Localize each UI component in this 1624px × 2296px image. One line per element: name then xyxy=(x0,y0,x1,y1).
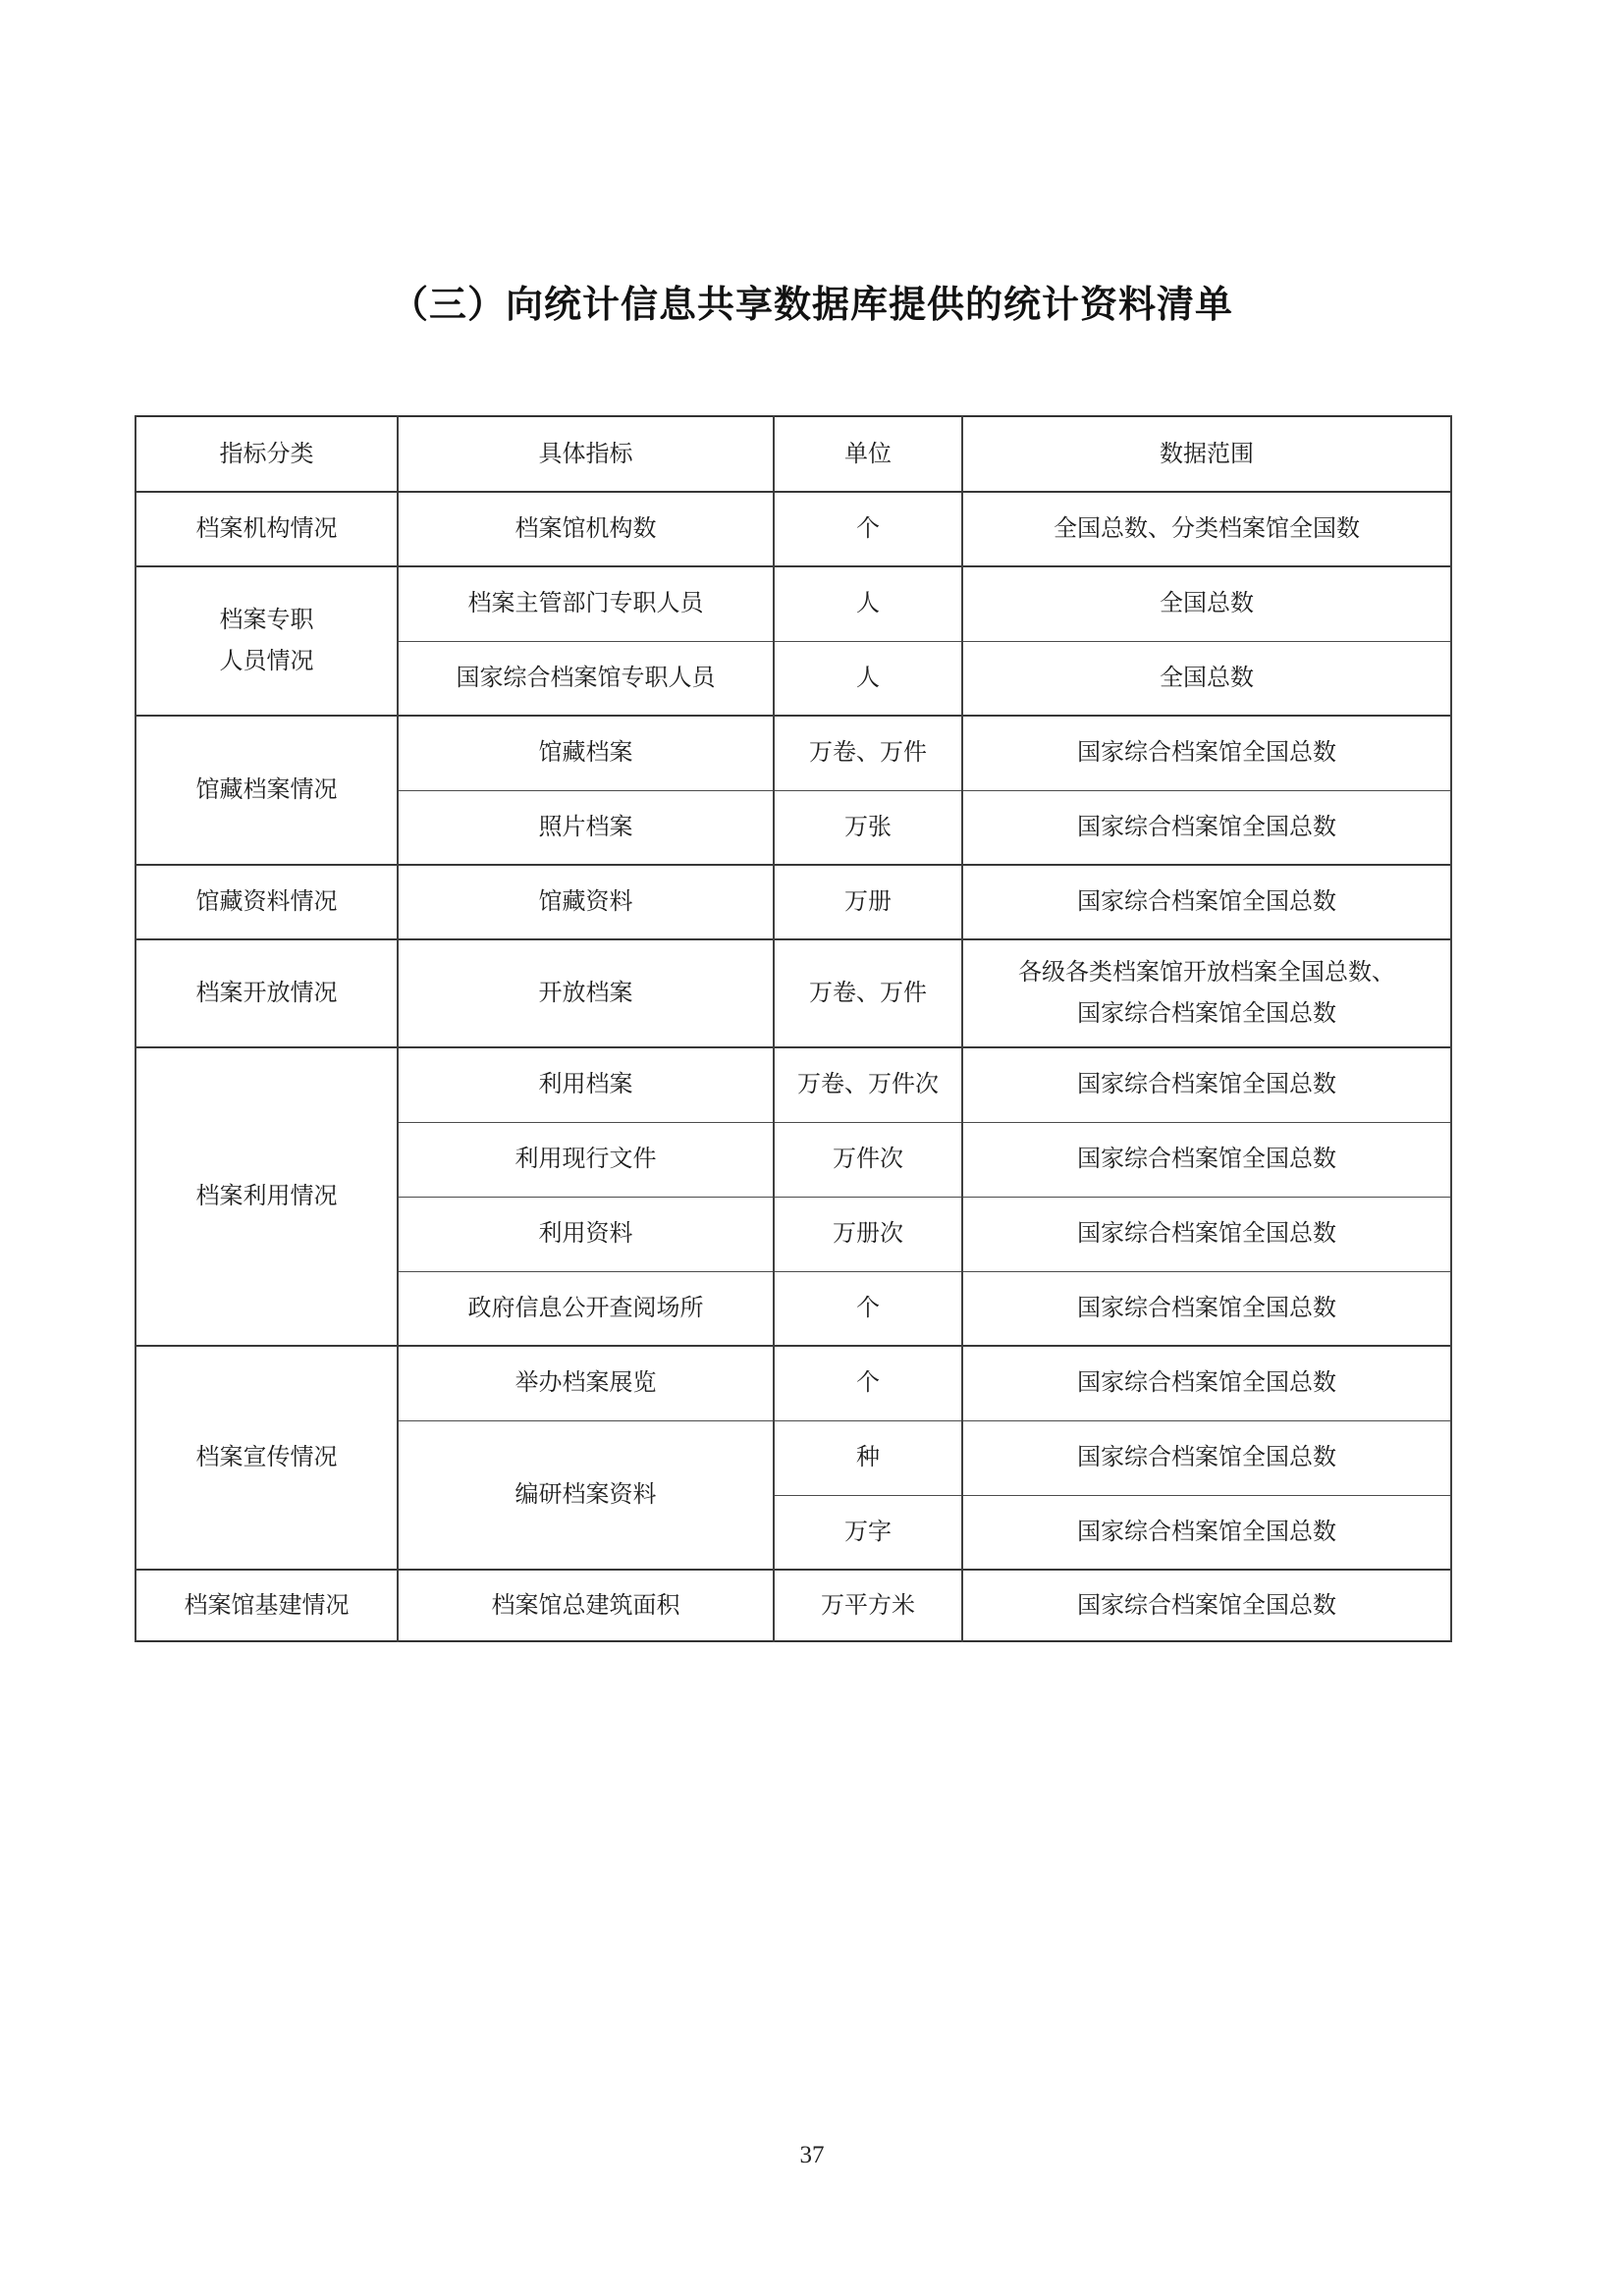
indicator-cell: 开放档案 xyxy=(398,939,774,1047)
scope-cell: 国家综合档案馆全国总数 xyxy=(962,1047,1451,1122)
scope-cell: 国家综合档案馆全国总数 xyxy=(962,716,1451,790)
table-header-row: 指标分类 具体指标 单位 数据范围 xyxy=(135,416,1451,492)
indicator-cell: 馆藏资料 xyxy=(398,865,774,939)
indicator-cell: 档案主管部门专职人员 xyxy=(398,566,774,641)
unit-cell: 人 xyxy=(774,566,962,641)
indicator-cell: 编研档案资料 xyxy=(398,1420,774,1570)
unit-cell: 万卷、万件 xyxy=(774,716,962,790)
col-header-category: 指标分类 xyxy=(135,416,398,492)
table-row: 档案利用情况 利用档案 万卷、万件次 国家综合档案馆全国总数 xyxy=(135,1047,1451,1122)
category-cell: 馆藏档案情况 xyxy=(135,716,398,865)
scope-cell: 国家综合档案馆全国总数 xyxy=(962,1420,1451,1495)
unit-cell: 种 xyxy=(774,1420,962,1495)
category-cell: 档案开放情况 xyxy=(135,939,398,1047)
category-cell: 档案馆基建情况 xyxy=(135,1570,398,1641)
unit-cell: 万卷、万件 xyxy=(774,939,962,1047)
category-cell: 档案宣传情况 xyxy=(135,1346,398,1570)
page-content: 指标分类 具体指标 单位 数据范围 档案机构情况 档案馆机构数 个 全国总数、分… xyxy=(135,415,1450,1642)
indicator-cell: 利用现行文件 xyxy=(398,1122,774,1197)
indicator-cell: 国家综合档案馆专职人员 xyxy=(398,641,774,716)
category-cell: 馆藏资料情况 xyxy=(135,865,398,939)
scope-cell: 全国总数、分类档案馆全国数 xyxy=(962,492,1451,566)
col-header-unit: 单位 xyxy=(774,416,962,492)
col-header-indicator: 具体指标 xyxy=(398,416,774,492)
table-row: 档案宣传情况 举办档案展览 个 国家综合档案馆全国总数 xyxy=(135,1346,1451,1420)
category-cell: 档案利用情况 xyxy=(135,1047,398,1346)
unit-cell: 万字 xyxy=(774,1495,962,1570)
category-cell: 档案机构情况 xyxy=(135,492,398,566)
unit-cell: 万平方米 xyxy=(774,1570,962,1641)
unit-cell: 人 xyxy=(774,641,962,716)
table-row: 档案馆基建情况 档案馆总建筑面积 万平方米 国家综合档案馆全国总数 xyxy=(135,1570,1451,1641)
scope-cell: 国家综合档案馆全国总数 xyxy=(962,1495,1451,1570)
indicator-cell: 利用资料 xyxy=(398,1197,774,1271)
unit-cell: 个 xyxy=(774,1346,962,1420)
scope-cell: 全国总数 xyxy=(962,566,1451,641)
unit-cell: 个 xyxy=(774,492,962,566)
scope-cell: 国家综合档案馆全国总数 xyxy=(962,865,1451,939)
unit-cell: 万册 xyxy=(774,865,962,939)
unit-cell: 万张 xyxy=(774,790,962,865)
table-row: 馆藏资料情况 馆藏资料 万册 国家综合档案馆全国总数 xyxy=(135,865,1451,939)
scope-cell: 各级各类档案馆开放档案全国总数、 国家综合档案馆全国总数 xyxy=(962,939,1451,1047)
scope-cell: 国家综合档案馆全国总数 xyxy=(962,1122,1451,1197)
col-header-scope: 数据范围 xyxy=(962,416,1451,492)
indicator-cell: 档案馆机构数 xyxy=(398,492,774,566)
indicator-cell: 利用档案 xyxy=(398,1047,774,1122)
page-number: 37 xyxy=(0,2142,1624,2169)
unit-cell: 个 xyxy=(774,1271,962,1346)
unit-cell: 万卷、万件次 xyxy=(774,1047,962,1122)
table-row: 馆藏档案情况 馆藏档案 万卷、万件 国家综合档案馆全国总数 xyxy=(135,716,1451,790)
indicator-cell: 馆藏档案 xyxy=(398,716,774,790)
indicator-cell: 档案馆总建筑面积 xyxy=(398,1570,774,1641)
scope-cell: 国家综合档案馆全国总数 xyxy=(962,790,1451,865)
category-cell: 档案专职 人员情况 xyxy=(135,566,398,716)
scope-cell: 国家综合档案馆全国总数 xyxy=(962,1197,1451,1271)
indicator-cell: 举办档案展览 xyxy=(398,1346,774,1420)
statistics-table: 指标分类 具体指标 单位 数据范围 档案机构情况 档案馆机构数 个 全国总数、分… xyxy=(135,415,1452,1642)
scope-cell: 国家综合档案馆全国总数 xyxy=(962,1346,1451,1420)
table-row: 档案机构情况 档案馆机构数 个 全国总数、分类档案馆全国数 xyxy=(135,492,1451,566)
scope-cell: 国家综合档案馆全国总数 xyxy=(962,1271,1451,1346)
unit-cell: 万件次 xyxy=(774,1122,962,1197)
table-row: 档案专职 人员情况 档案主管部门专职人员 人 全国总数 xyxy=(135,566,1451,641)
section-title: （三）向统计信息共享数据库提供的统计资料清单 xyxy=(0,0,1624,333)
unit-cell: 万册次 xyxy=(774,1197,962,1271)
scope-cell: 全国总数 xyxy=(962,641,1451,716)
table-row: 档案开放情况 开放档案 万卷、万件 各级各类档案馆开放档案全国总数、 国家综合档… xyxy=(135,939,1451,1047)
scope-cell: 国家综合档案馆全国总数 xyxy=(962,1570,1451,1641)
indicator-cell: 照片档案 xyxy=(398,790,774,865)
indicator-cell: 政府信息公开查阅场所 xyxy=(398,1271,774,1346)
